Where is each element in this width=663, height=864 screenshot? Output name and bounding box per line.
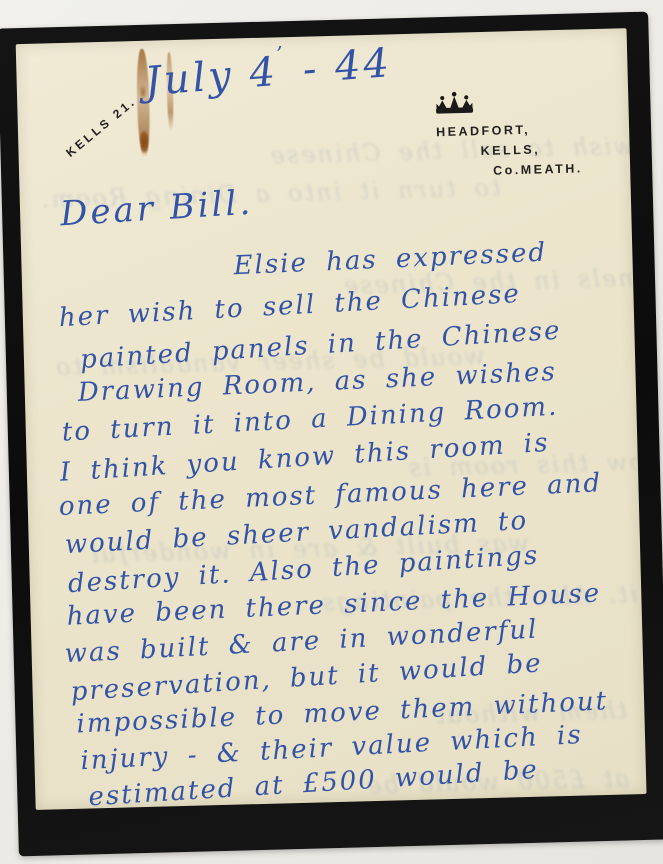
- salutation: Dear Bill.: [59, 183, 254, 235]
- letter-paper: her wish to sell the Chineseto turn it i…: [16, 28, 647, 810]
- phone-number-text: KELLS 21.: [63, 94, 139, 160]
- letterhead-address: HEADFORT, KELLS, Co.MEATH.: [421, 87, 583, 182]
- date-superscript: ’: [275, 41, 286, 66]
- letter-line: Elsie has expressed: [233, 238, 548, 282]
- letter-frame: her wish to sell the Chineseto turn it i…: [0, 12, 663, 857]
- address-line-town: KELLS,: [480, 138, 582, 161]
- letter-body: Elsie has expressedher wish to sell the …: [16, 28, 627, 44]
- handwritten-date: July 4’ - 44: [143, 40, 393, 105]
- photo-background: her wish to sell the Chineseto turn it i…: [0, 0, 663, 864]
- date-day: July 4: [143, 49, 280, 105]
- date-year: - 44: [301, 40, 393, 93]
- address-line-county: Co.MEATH.: [493, 158, 583, 180]
- coronet-icon: [431, 87, 581, 122]
